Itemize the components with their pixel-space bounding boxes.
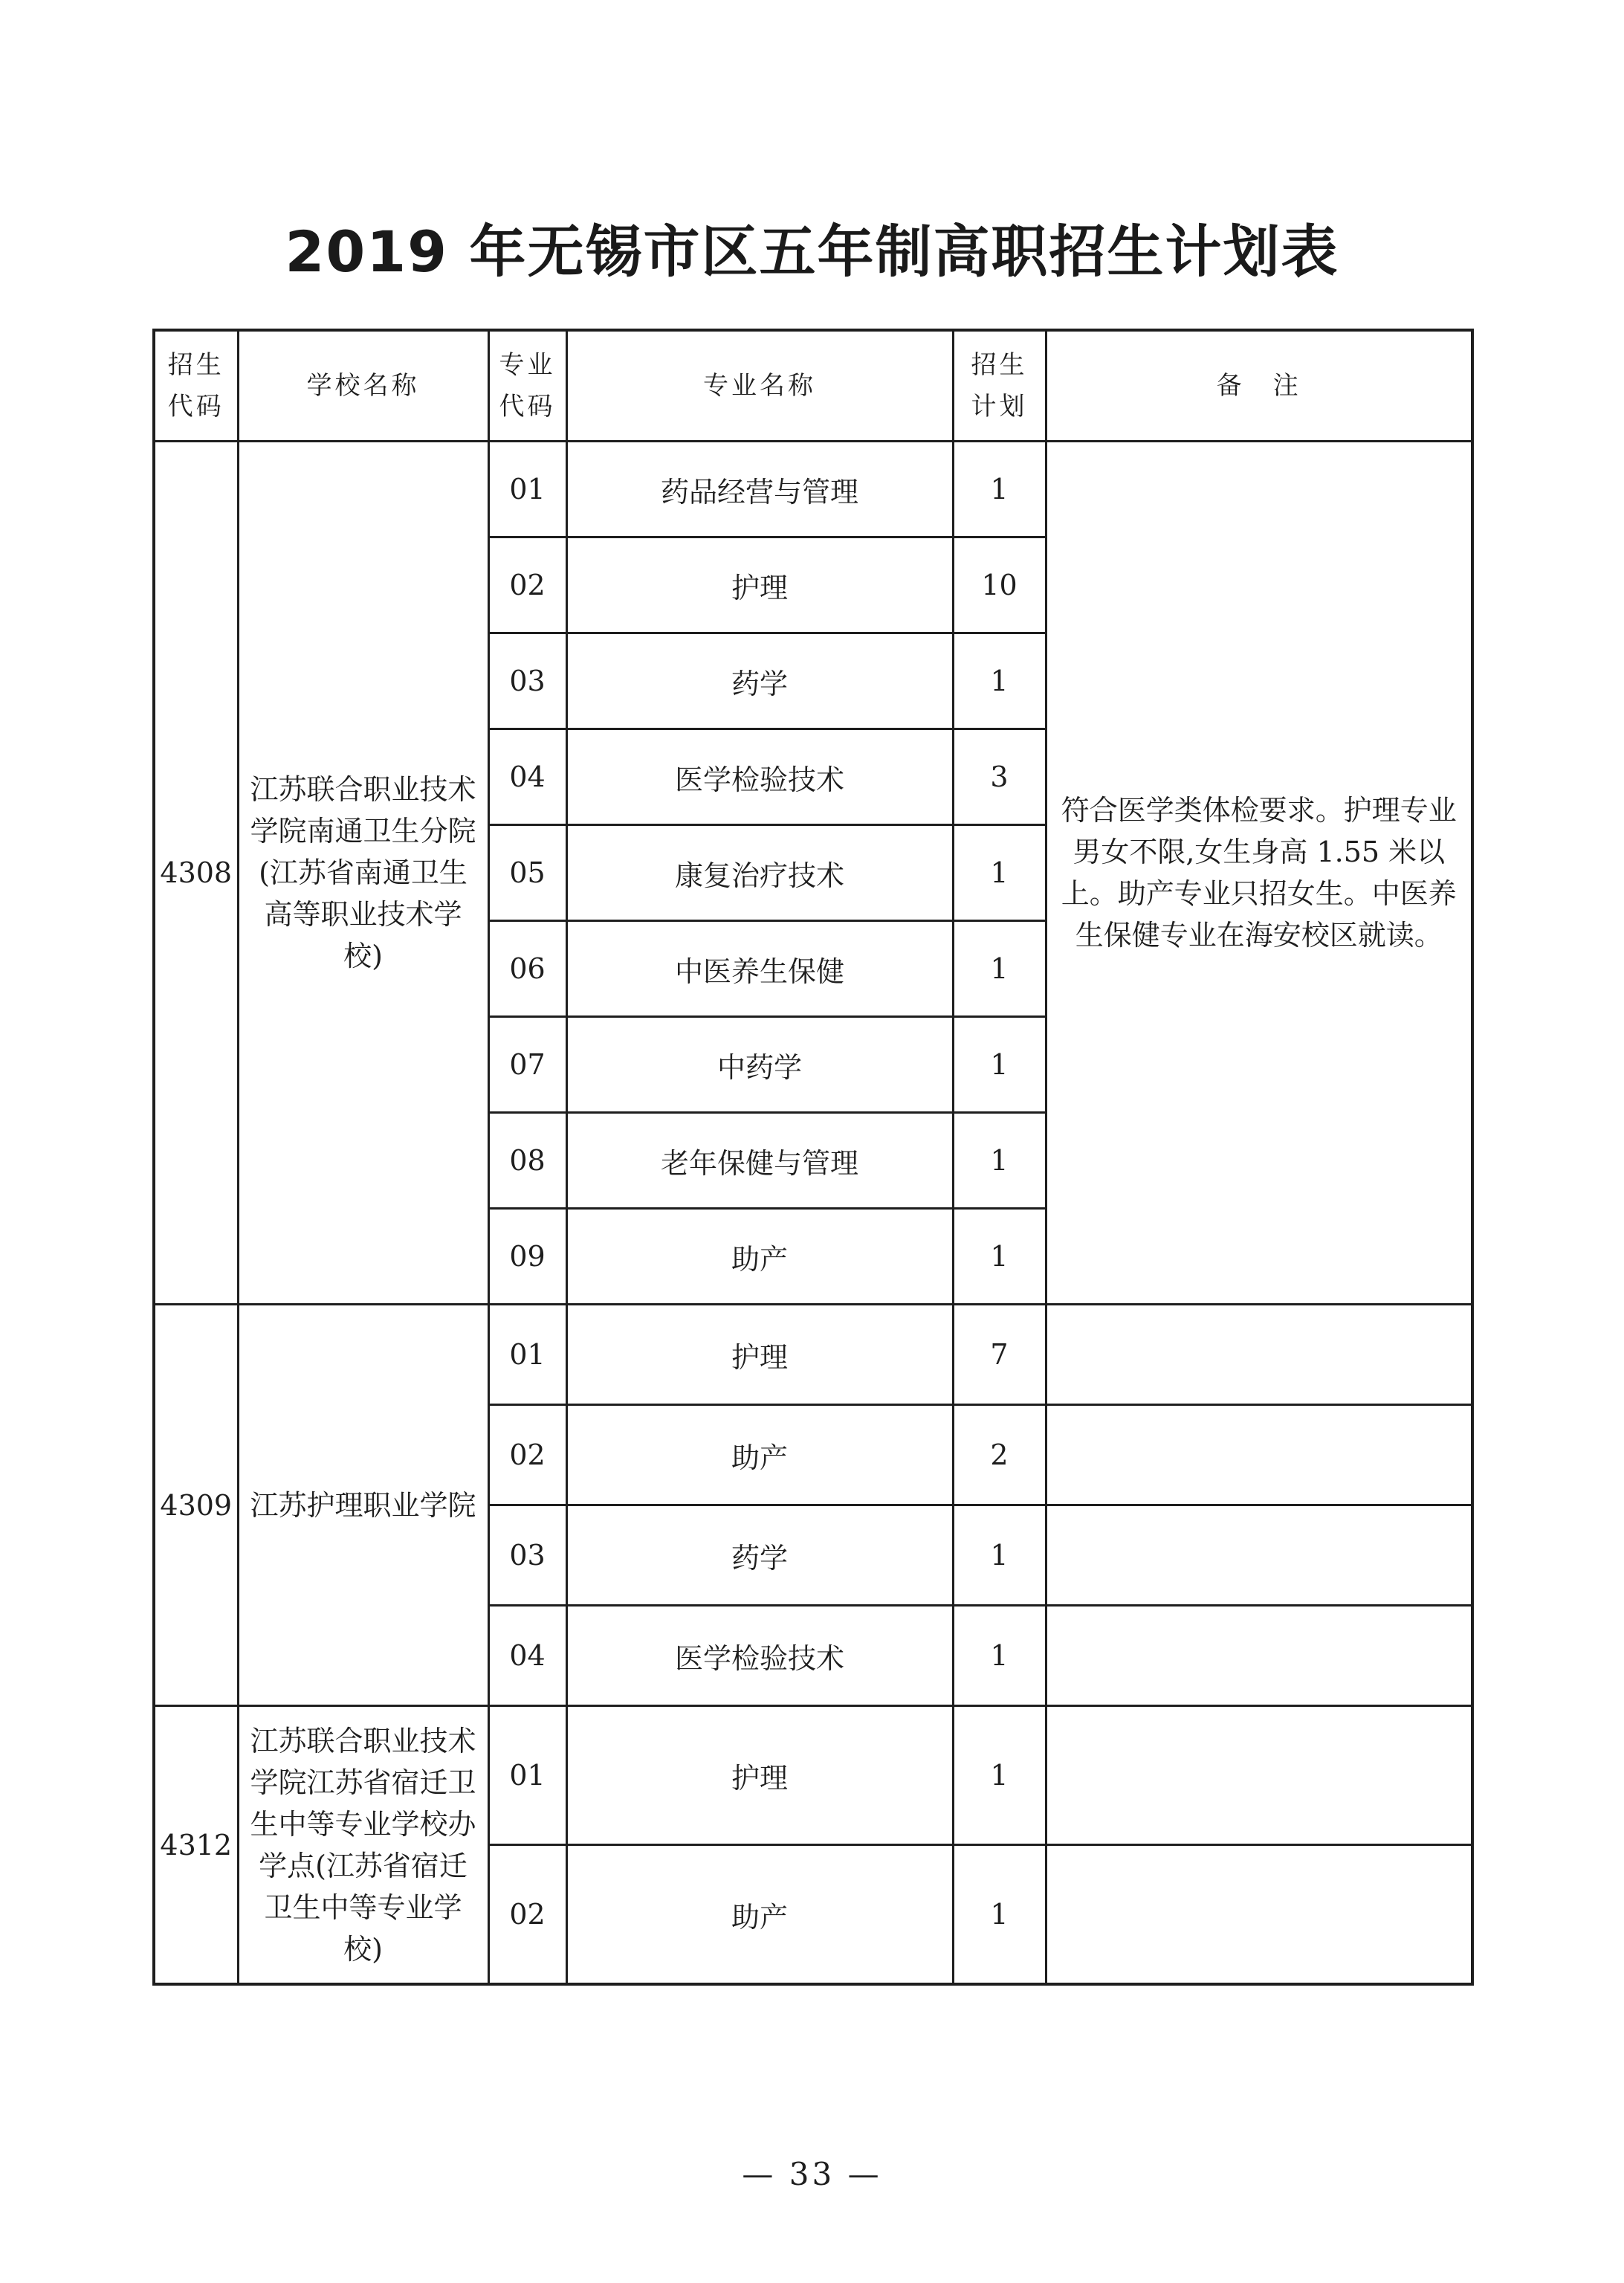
- table-row: 4308 江苏联合职业技术学院南通卫生分院(江苏省南通卫生高等职业技术学校) 0…: [154, 442, 1472, 537]
- major-code-cell: 04: [488, 729, 566, 825]
- header-major-code: 专业代码: [488, 330, 566, 442]
- page-number: — 33 —: [0, 2156, 1624, 2192]
- plan-cell: 7: [953, 1305, 1046, 1405]
- major-name-cell: 老年保健与管理: [566, 1113, 953, 1209]
- plan-cell: 1: [953, 825, 1046, 921]
- plan-cell: 1: [953, 1113, 1046, 1209]
- major-name-cell: 助产: [566, 1845, 953, 1985]
- major-code-cell: 07: [488, 1017, 566, 1113]
- school-name-cell: 江苏联合职业技术学院江苏省宿迁卫生中等专业学校办学点(江苏省宿迁卫生中等专业学校…: [238, 1706, 488, 1985]
- major-name-cell: 护理: [566, 1305, 953, 1405]
- school-name-cell: 江苏联合职业技术学院南通卫生分院(江苏省南通卫生高等职业技术学校): [238, 442, 488, 1305]
- enroll-code-cell: 4312: [154, 1706, 238, 1985]
- school-group-4309: 4309 江苏护理职业学院 01 护理 7 02 助产 2 03 药学 1 04…: [154, 1305, 1472, 1706]
- major-name-cell: 中药学: [566, 1017, 953, 1113]
- plan-cell: 2: [953, 1405, 1046, 1505]
- major-name-cell: 医学检验技术: [566, 729, 953, 825]
- plan-cell: 1: [953, 442, 1046, 537]
- major-code-cell: 03: [488, 633, 566, 729]
- remark-cell: [1046, 1845, 1472, 1985]
- major-name-cell: 护理: [566, 537, 953, 633]
- major-name-cell: 医学检验技术: [566, 1606, 953, 1706]
- major-code-cell: 01: [488, 1706, 566, 1845]
- major-code-cell: 03: [488, 1505, 566, 1606]
- remark-cell: [1046, 1305, 1472, 1405]
- remark-cell: 符合医学类体检要求。护理专业男女不限,女生身高 1.55 米以上。助产专业只招女…: [1046, 442, 1472, 1305]
- header-plan: 招生计划: [953, 330, 1046, 442]
- page-title: 2019 年无锡市区五年制高职招生计划表: [0, 207, 1624, 288]
- enroll-code-cell: 4308: [154, 442, 238, 1305]
- plan-cell: 1: [953, 1845, 1046, 1985]
- remark-cell: [1046, 1405, 1472, 1505]
- table-header-row: 招生代码 学校名称 专业代码 专业名称 招生计划 备 注: [154, 330, 1472, 442]
- remark-cell: [1046, 1505, 1472, 1606]
- school-group-4308: 4308 江苏联合职业技术学院南通卫生分院(江苏省南通卫生高等职业技术学校) 0…: [154, 442, 1472, 1305]
- plan-cell: 10: [953, 537, 1046, 633]
- remark-cell: [1046, 1606, 1472, 1706]
- major-code-cell: 01: [488, 1305, 566, 1405]
- major-code-cell: 09: [488, 1209, 566, 1305]
- table-row: 4309 江苏护理职业学院 01 护理 7: [154, 1305, 1472, 1405]
- major-code-cell: 08: [488, 1113, 566, 1209]
- major-code-cell: 05: [488, 825, 566, 921]
- major-name-cell: 中医养生保健: [566, 921, 953, 1017]
- header-enroll-code: 招生代码: [154, 330, 238, 442]
- major-name-cell: 助产: [566, 1405, 953, 1505]
- major-name-cell: 助产: [566, 1209, 953, 1305]
- plan-cell: 1: [953, 1706, 1046, 1845]
- major-code-cell: 02: [488, 537, 566, 633]
- major-name-cell: 康复治疗技术: [566, 825, 953, 921]
- plan-cell: 1: [953, 633, 1046, 729]
- major-code-cell: 06: [488, 921, 566, 1017]
- header-school-name: 学校名称: [238, 330, 488, 442]
- major-code-cell: 02: [488, 1405, 566, 1505]
- plan-cell: 1: [953, 921, 1046, 1017]
- major-code-cell: 04: [488, 1606, 566, 1706]
- school-name-cell: 江苏护理职业学院: [238, 1305, 488, 1706]
- plan-cell: 1: [953, 1209, 1046, 1305]
- major-code-cell: 01: [488, 442, 566, 537]
- table-row: 4312 江苏联合职业技术学院江苏省宿迁卫生中等专业学校办学点(江苏省宿迁卫生中…: [154, 1706, 1472, 1845]
- header-remark: 备 注: [1046, 330, 1472, 442]
- remark-cell: [1046, 1706, 1472, 1845]
- major-name-cell: 护理: [566, 1706, 953, 1845]
- major-name-cell: 药品经营与管理: [566, 442, 953, 537]
- school-group-4312: 4312 江苏联合职业技术学院江苏省宿迁卫生中等专业学校办学点(江苏省宿迁卫生中…: [154, 1706, 1472, 1985]
- major-name-cell: 药学: [566, 1505, 953, 1606]
- enroll-code-cell: 4309: [154, 1305, 238, 1706]
- plan-cell: 1: [953, 1017, 1046, 1113]
- header-major-name: 专业名称: [566, 330, 953, 442]
- major-code-cell: 02: [488, 1845, 566, 1985]
- plan-cell: 1: [953, 1505, 1046, 1606]
- plan-cell: 3: [953, 729, 1046, 825]
- plan-cell: 1: [953, 1606, 1046, 1706]
- enrollment-plan-table: 招生代码 学校名称 专业代码 专业名称 招生计划 备 注 4308 江苏联合职业…: [152, 329, 1474, 1986]
- major-name-cell: 药学: [566, 633, 953, 729]
